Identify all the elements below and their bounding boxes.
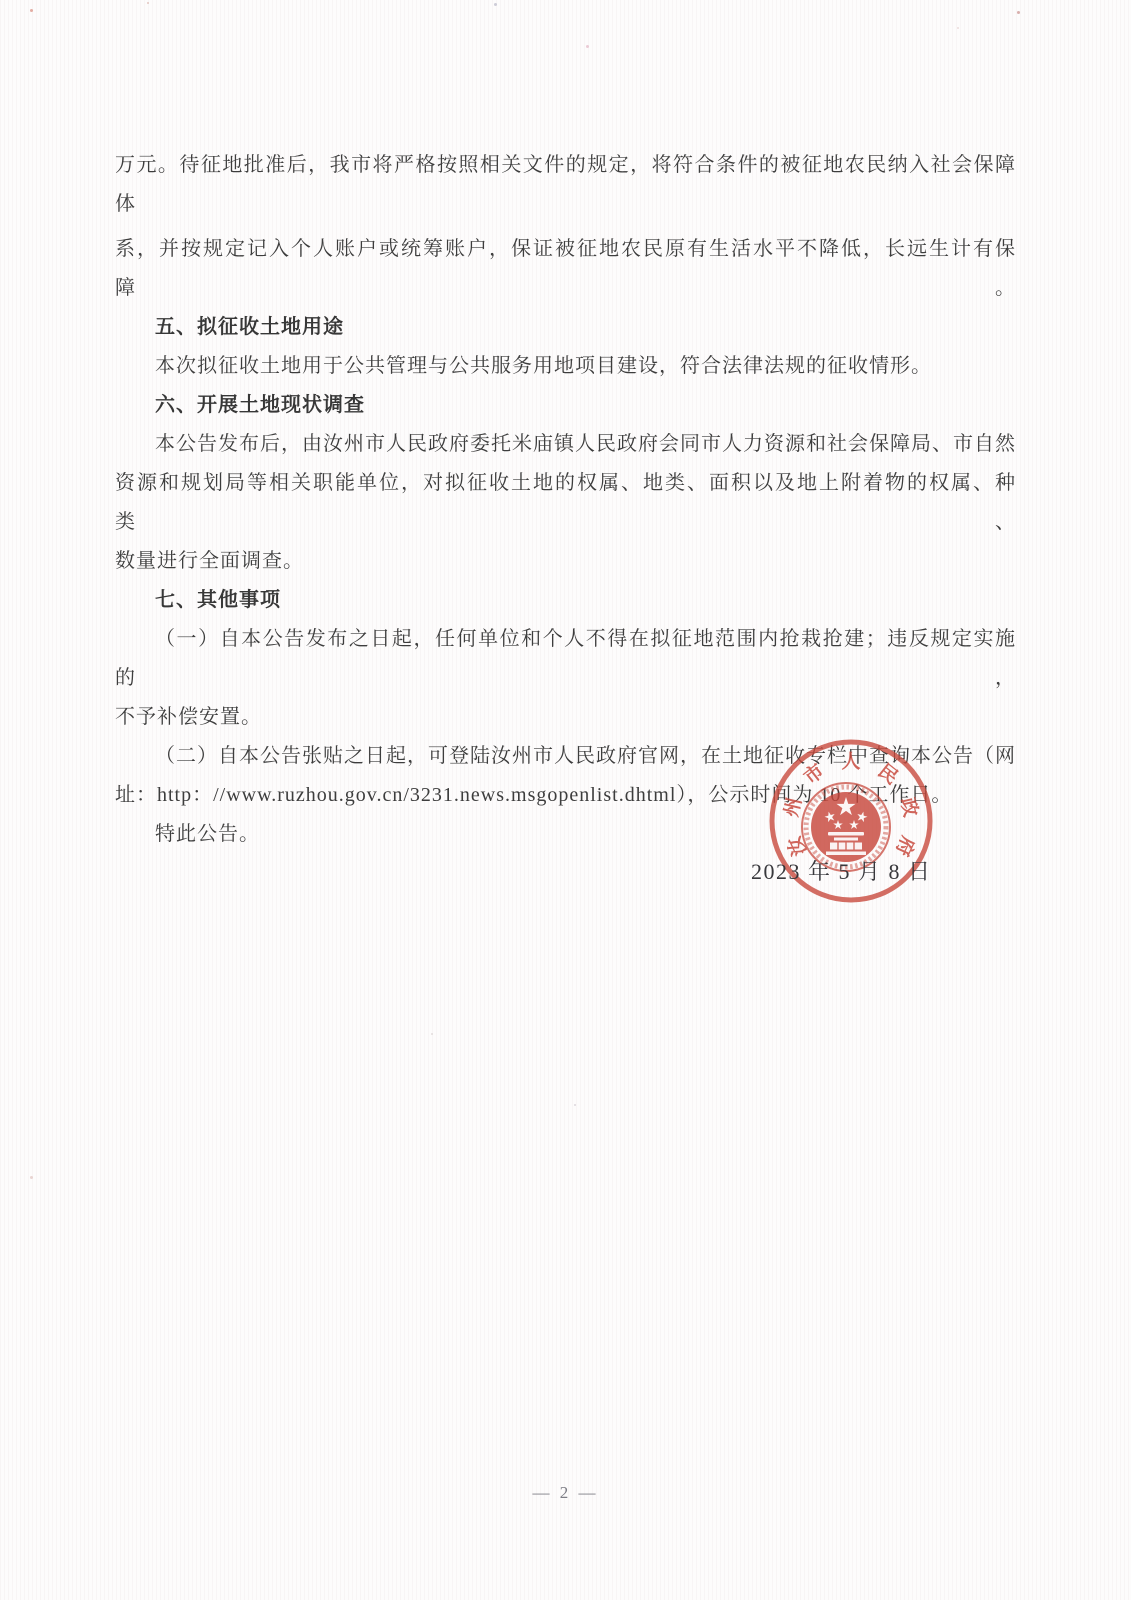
scan-speck (30, 1176, 33, 1179)
scan-speck (147, 2, 149, 4)
date-text: 2023 年 5 月 8 日 (751, 855, 932, 886)
body-line: 数量进行全面调查。 (115, 542, 1016, 581)
seal-char: 人 (841, 751, 860, 773)
body-line: 本次拟征收土地用于公共管理与公共服务用地项目建设，符合法律法规的征收情形。 (115, 347, 1016, 386)
seal-char: 州 (780, 796, 806, 820)
section-heading: 六、开展土地现状调查 (115, 386, 1016, 425)
body-line: 万元。待征地批准后，我市将严格按照相关文件的规定，将符合条件的被征地农民纳入社会… (115, 146, 1016, 224)
body-line: （一）自本公告发布之日起，任何单位和个人不得在拟征地范围内抢栽抢建；违反规定实施… (115, 620, 1016, 698)
scan-speck (30, 9, 33, 12)
scan-speck (957, 27, 959, 29)
scan-speck (1017, 11, 1020, 14)
scan-speck (586, 45, 589, 48)
document-page: 万元。待征地批准后，我市将严格按照相关文件的规定，将符合条件的被征地农民纳入社会… (0, 0, 1131, 1600)
page-number: — 2 — (0, 1483, 1131, 1503)
body-line: 资源和规划局等相关职能单位，对拟征收土地的权属、地类、面积以及地上附着物的权属、… (115, 464, 1016, 542)
scan-speck (431, 1033, 433, 1035)
body-line: 不予补偿安置。 (115, 698, 1016, 737)
section-heading: 七、其他事项 (115, 581, 1016, 620)
seal-char: 市 (799, 759, 828, 789)
scan-speck (574, 1104, 576, 1106)
seal-char: 民 (874, 760, 903, 789)
seal-char: 政 (896, 795, 923, 819)
scan-speck (494, 3, 497, 6)
body-line: 系，并按规定记入个人账户或统筹账户，保证被征地农民原有生活水平不降低，长远生计有… (115, 230, 1016, 308)
body-line: 本公告发布后，由汝州市人民政府委托米庙镇人民政府会同市人力资源和社会保障局、市自… (115, 425, 1016, 464)
section-heading: 五、拟征收土地用途 (115, 308, 1016, 347)
